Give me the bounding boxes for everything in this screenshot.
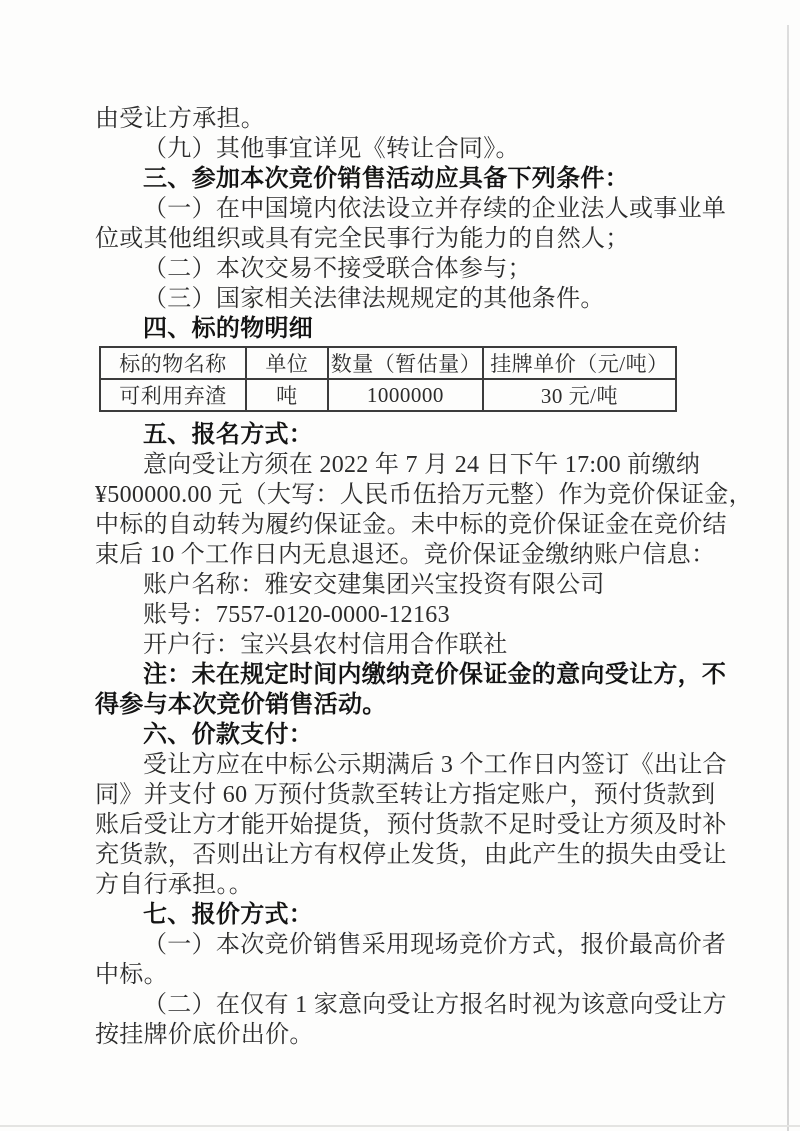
lot-details-table: 标的物名称 单位 数量（暂估量） 挂牌单价（元/吨） 可利用弃渣 吨 10000… — [99, 346, 677, 412]
doc-line: 中标的自动转为履约保证金。未中标的竞价保证金在竞价结 — [95, 510, 720, 540]
table-cell-lot-name: 可利用弃渣 — [100, 379, 246, 411]
doc-line: 中标。 — [95, 960, 720, 990]
document-body: 由受让方承担。 （九）其他事宜详见《转让合同》。 三、参加本次竞价销售活动应具备… — [95, 104, 720, 1050]
section-heading-four: 四、标的物明细 — [95, 314, 720, 344]
scan-artifact-bottom-edge — [0, 1125, 800, 1127]
doc-line: 同》并支付 60 万预付货款至转让方指定账户，预付货款到 — [95, 780, 720, 810]
doc-line: ¥500000.00 元（大写：人民币伍拾万元整）作为竞价保证金， — [95, 480, 720, 510]
doc-line: （一）本次竞价销售采用现场竞价方式，报价最高价者 — [95, 930, 720, 960]
table-cell-unit-price: 30 元/吨 — [483, 379, 676, 411]
table-header-unit: 单位 — [246, 347, 328, 379]
doc-line: 由受让方承担。 — [95, 104, 720, 134]
table-row: 可利用弃渣 吨 1000000 30 元/吨 — [100, 379, 676, 411]
doc-line: 受让方应在中标公示期满后 3 个工作日内签订《出让合 — [95, 750, 720, 780]
table-header-unit-price: 挂牌单价（元/吨） — [483, 347, 676, 379]
table-header-quantity: 数量（暂估量） — [328, 347, 483, 379]
doc-line: 充货款，否则出让方有权停止发货，由此产生的损失由受让 — [95, 840, 720, 870]
note-warning-line: 得参与本次竞价销售活动。 — [95, 690, 720, 720]
bank-name-line: 开户行：宝兴县农村信用合作联社 — [95, 630, 720, 660]
section-heading-five: 五、报名方式： — [95, 420, 720, 450]
doc-line: （一）在中国境内依法设立并存续的企业法人或事业单 — [95, 194, 720, 224]
doc-line: （二）本次交易不接受联合体参与； — [95, 254, 720, 284]
doc-line: 账后受让方才能开始提货，预付货款不足时受让方须及时补 — [95, 810, 720, 840]
doc-line: （二）在仅有 1 家意向受让方报名时视为该意向受让方 — [95, 990, 720, 1020]
table-cell-unit: 吨 — [246, 379, 328, 411]
note-warning-line: 注：未在规定时间内缴纳竞价保证金的意向受让方，不 — [95, 660, 720, 690]
scanned-document-page: 由受让方承担。 （九）其他事宜详见《转让合同》。 三、参加本次竞价销售活动应具备… — [0, 0, 800, 1131]
doc-line: （三）国家相关法律法规规定的其他条件。 — [95, 284, 720, 314]
section-heading-six: 六、价款支付： — [95, 720, 720, 750]
doc-line: 意向受让方须在 2022 年 7 月 24 日下午 17:00 前缴纳 — [95, 450, 720, 480]
table-header-lot-name: 标的物名称 — [100, 347, 246, 379]
doc-line: 方自行承担。。 — [95, 870, 720, 900]
doc-line: 按挂牌价底价出价。 — [95, 1020, 720, 1050]
table-header-row: 标的物名称 单位 数量（暂估量） 挂牌单价（元/吨） — [100, 347, 676, 379]
doc-line: 位或其他组织或具有完全民事行为能力的自然人； — [95, 224, 720, 254]
account-number-line: 账号：7557-0120-0000-12163 — [95, 600, 720, 630]
section-heading-seven: 七、报价方式： — [95, 900, 720, 930]
scan-artifact-vertical-line — [787, 25, 789, 1131]
doc-line: 束后 10 个工作日内无息退还。竞价保证金缴纳账户信息： — [95, 540, 720, 570]
section-heading-three: 三、参加本次竞价销售活动应具备下列条件： — [95, 164, 720, 194]
doc-line: （九）其他事宜详见《转让合同》。 — [95, 134, 720, 164]
table-cell-quantity: 1000000 — [328, 379, 483, 411]
account-name-line: 账户名称：雅安交建集团兴宝投资有限公司 — [95, 570, 720, 600]
